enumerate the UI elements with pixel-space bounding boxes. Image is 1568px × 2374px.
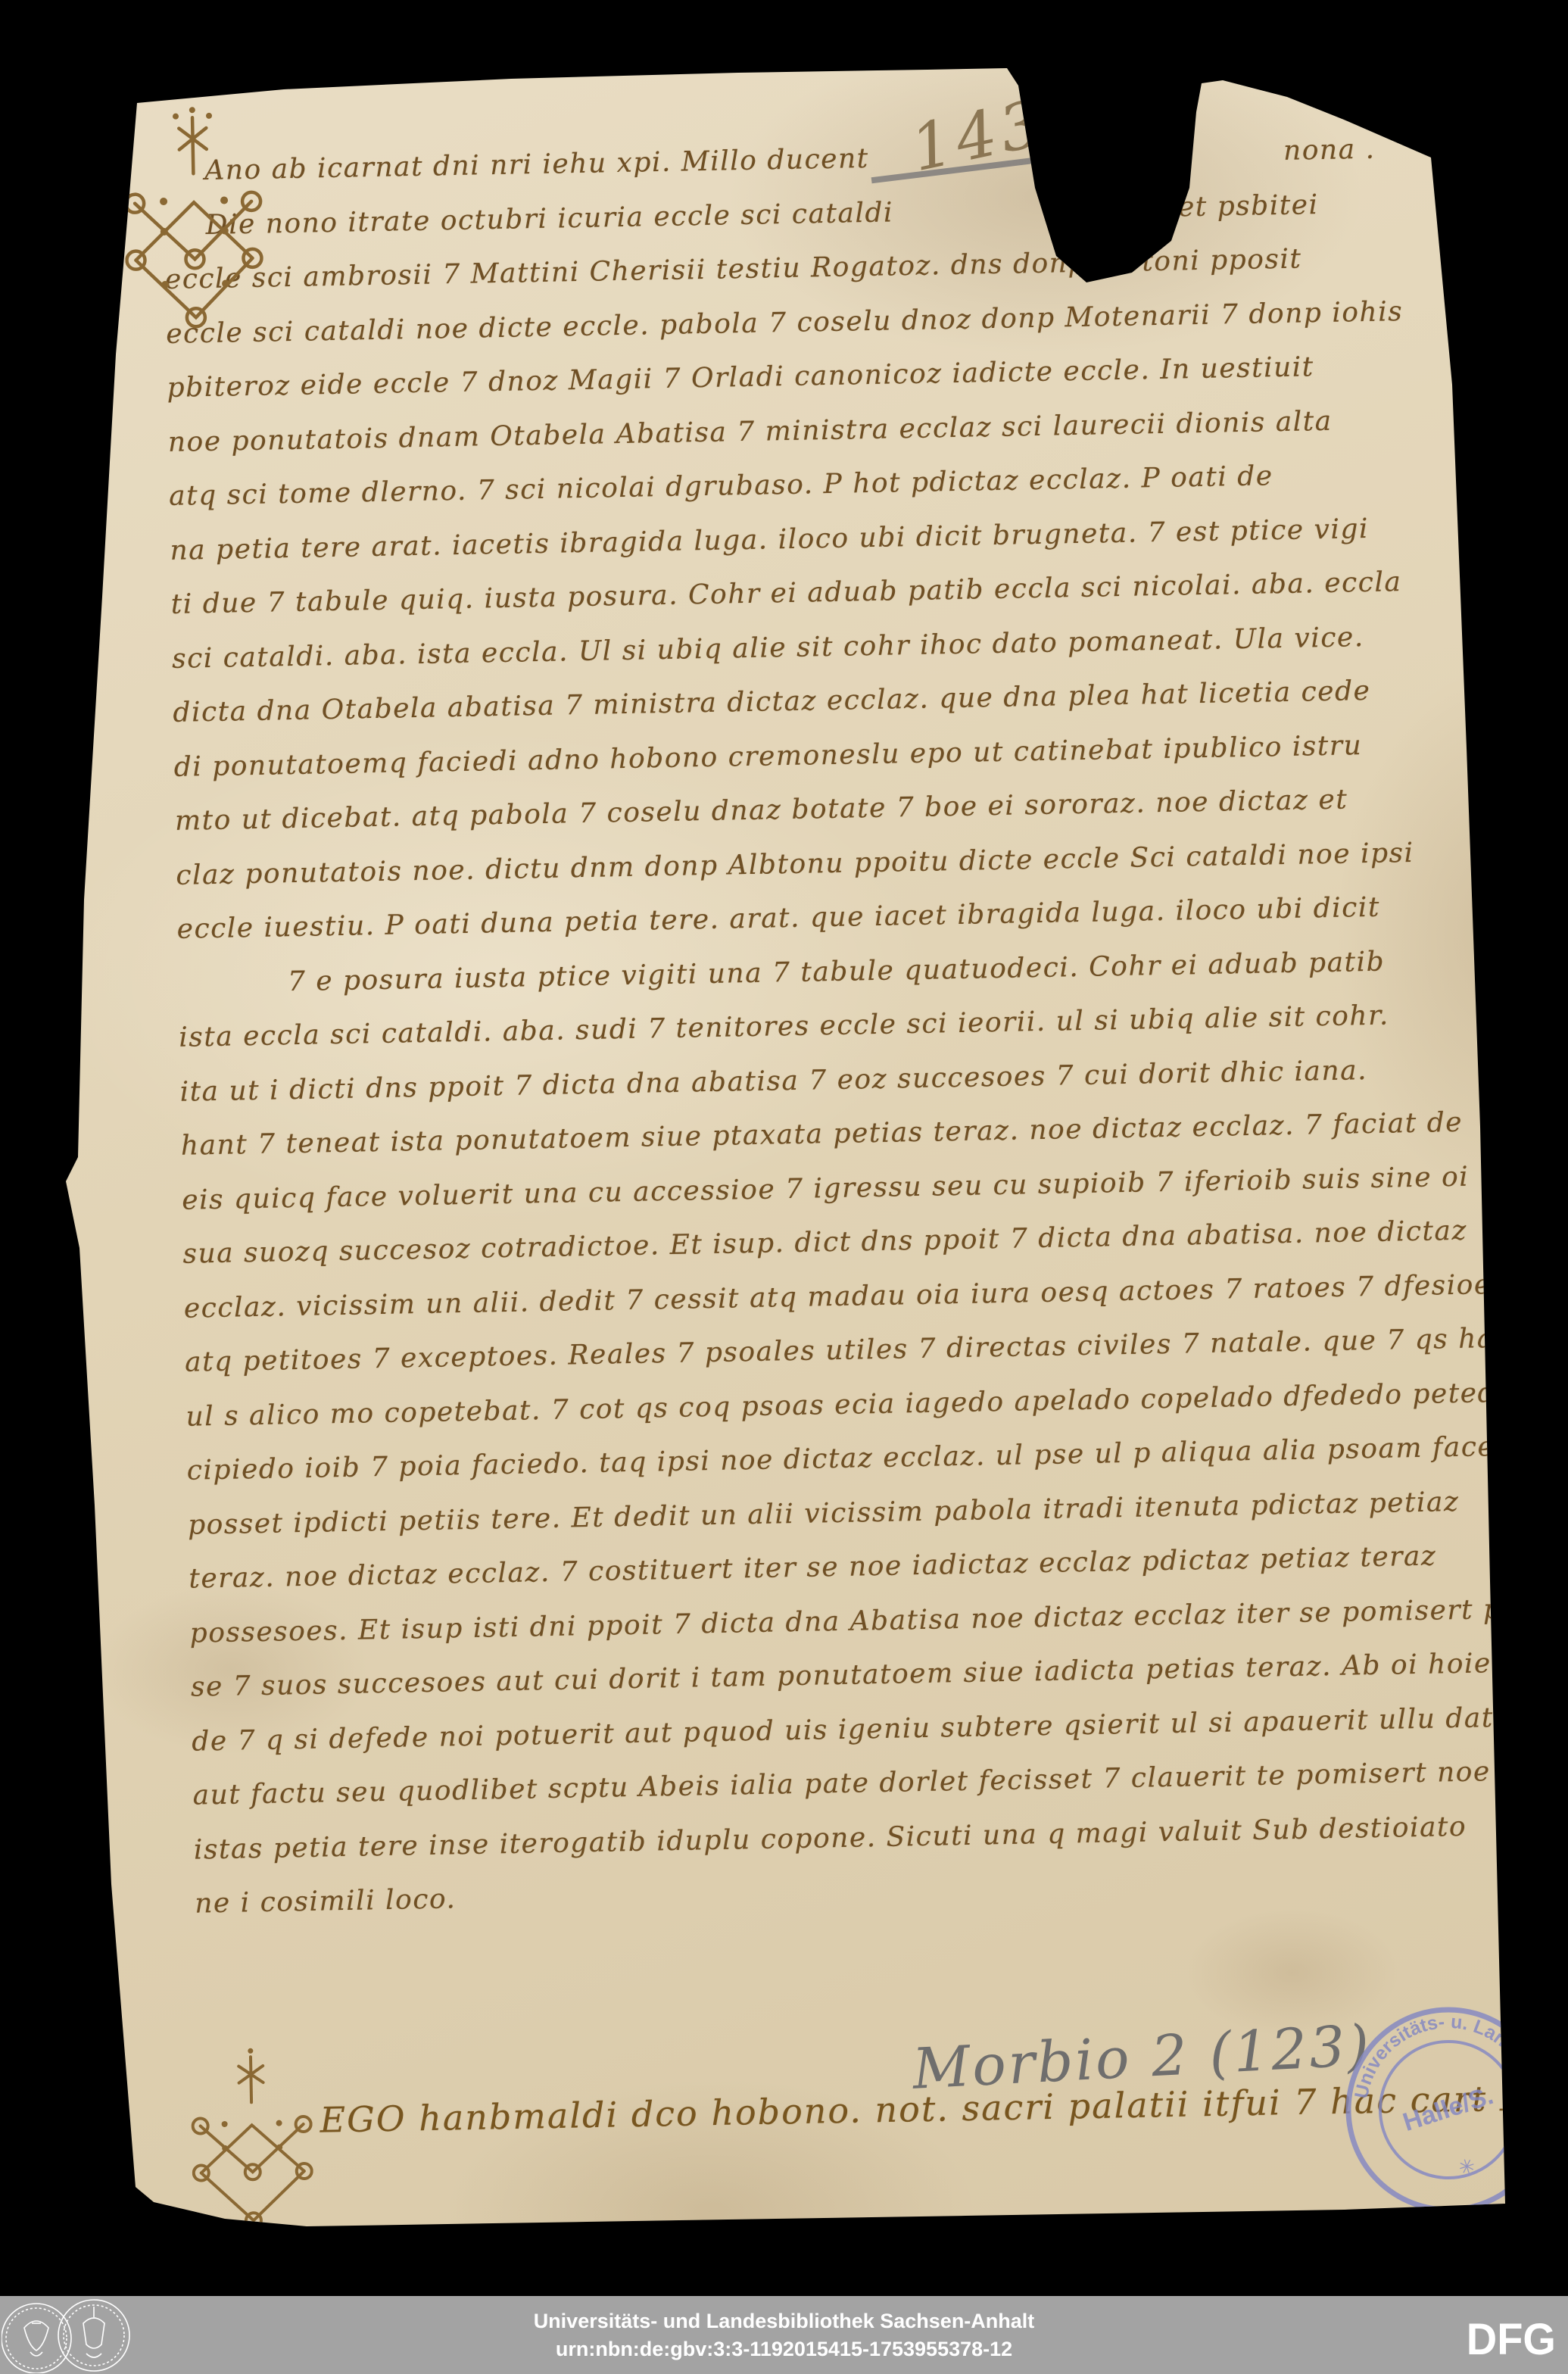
manuscript-line-fragment-after-tear: pet psbitei (1159, 189, 1319, 223)
manuscript-line: ista eccla sci cataldi. aba. sudi 7 teni… (179, 998, 1481, 1053)
digitized-manuscript-photo: Ano ab icarnat dni nri iehu xpi. Millo d… (0, 0, 1568, 2374)
manuscript-line: posset ipdicti petiis tere. Et dedit un … (188, 1486, 1490, 1541)
manuscript-line: 7 e posura iusta ptice vigiti una 7 tabu… (288, 942, 1568, 997)
manuscript-line: ne i cosimili loco. (195, 1864, 1497, 1920)
manuscript-line: aut factu seu quodlibet scptu Abeis iali… (192, 1756, 1495, 1811)
manuscript-line: eccle sci ambrosii 7 Mattini Cherisii te… (165, 240, 1467, 295)
manuscript-line: sci cataldi. aba. ista eccla. Ul si ubiq… (172, 619, 1474, 675)
manuscript-line: possesoes. Et isup isti dni ppoit 7 dict… (189, 1594, 1492, 1649)
manuscript-line: noe ponutatois dnam Otabela Abatisa 7 mi… (168, 403, 1470, 458)
manuscript-line-fragment-after-tear: nona . (1283, 134, 1376, 167)
footer-institution: Universitäts- und Landesbibliothek Sachs… (534, 2311, 1035, 2332)
footer-caption: Universitäts- und Landesbibliothek Sachs… (0, 2296, 1568, 2374)
manuscript-line: istas petia tere inse iterogatib iduplu … (194, 1811, 1496, 1866)
manuscript-line: ul s alico mo copetebat. 7 cot qs coq ps… (185, 1377, 1488, 1433)
manuscript-line: hant 7 teneat ista ponutatoem siue ptaxa… (181, 1106, 1483, 1162)
manuscript-line: di ponutatoemq faciedi adno hobono cremo… (173, 728, 1476, 783)
manuscript-line: teraz. noe dictaz ecclaz. 7 costituert i… (189, 1540, 1491, 1595)
manuscript-line: mto ut dicebat. atq pabola 7 coselu dnaz… (175, 781, 1477, 837)
manuscript-line: pbiteroz eide eccle 7 dnoz Magii 7 Orlad… (167, 348, 1469, 404)
manuscript-line: ti due 7 tabule quiq. iusta posura. Cohr… (170, 565, 1473, 620)
notary-signum-bottom-icon (190, 2047, 315, 2246)
stamp-center-text: Halle/S. (1399, 2081, 1497, 2137)
manuscript-line: Die nono itrate octubri icuria eccle sci… (205, 186, 1507, 241)
manuscript-line: eis quicq face voluerit una cu accessioe… (182, 1161, 1484, 1216)
footer-bar: Universitäts- und Landesbibliothek Sachs… (0, 2296, 1568, 2374)
manuscript-line: dicta dna Otabela abatisa 7 ministra dic… (173, 673, 1475, 728)
parchment-sheet: Ano ab icarnat dni nri iehu xpi. Millo d… (57, 67, 1510, 2232)
manuscript-line: eccle sci cataldi noe dicte eccle. pabol… (166, 295, 1468, 350)
footer-urn: urn:nbn:de:gbv:3:3-1192015415-1753955378… (556, 2339, 1012, 2360)
notary-signum-top-icon (123, 103, 267, 348)
library-stamp: Universitäts- u. Landesbibliothek Halle/… (1335, 1996, 1562, 2223)
manuscript-line: ita ut i dicti dns ppoit 7 dicta dna aba… (179, 1053, 1482, 1108)
manuscript-line: na petia tere arat. iacetis ibragida lug… (170, 511, 1472, 566)
manuscript-line: eccle iuestiu. P oati duna petia tere. a… (176, 890, 1479, 945)
manuscript-lines: Ano ab icarnat dni nri iehu xpi. Millo d… (55, 42, 1509, 68)
manuscript-line: sua suozq succesoz cotradictoe. Et isup.… (182, 1215, 1485, 1270)
manuscript-line: de 7 q si defede noi potuerit aut pquod … (192, 1702, 1494, 1758)
manuscript-line: ecclaz. vicissim un alii. dedit 7 cessit… (183, 1269, 1485, 1324)
manuscript-line: atq petitoes 7 exceptoes. Reales 7 psoal… (185, 1323, 1487, 1378)
manuscript-line: Ano ab icarnat dni nri iehu xpi. Millo d… (204, 131, 1507, 186)
manuscript-line: atq sci tome dlerno. 7 sci nicolai dgrub… (169, 457, 1471, 512)
dfg-logo: DFG (1467, 2313, 1556, 2364)
manuscript-line: cipiedo ioib 7 poia faciedo. taq ipsi no… (186, 1431, 1489, 1486)
manuscript-text-block: Ano ab icarnat dni nri iehu xpi. Millo d… (55, 42, 1548, 2234)
manuscript-line: se 7 suos succesoes aut cui dorit i tam … (191, 1648, 1493, 1703)
manuscript-line: claz ponutatois noe. dictu dnm donp Albt… (176, 836, 1478, 891)
